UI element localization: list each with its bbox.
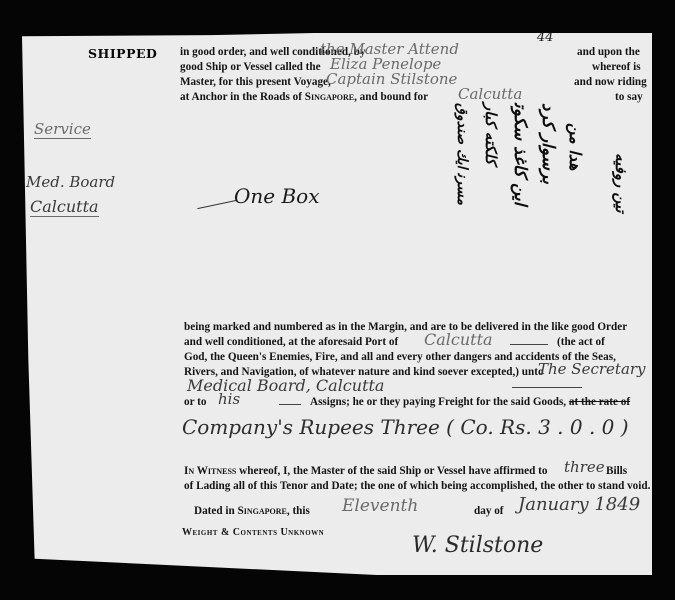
vertical-script-1: ﻣﺴﺮﻧ ﺍﻳﻚ ﺻﻨﺪﻭﻕ [454,103,470,303]
vertical-script-4: ﺑﺮﺳﻮﺍﺭ ﻛﺮﺩ [538,103,558,303]
witness-line-2: of Lading all of this Tenor and Date; th… [184,479,650,495]
line-1-end: and upon the [577,45,640,61]
line-4-text: at Anchor in the Roads of Singapore, and… [180,90,428,106]
line-2-text: good Ship or Vessel called the [180,60,321,76]
consignee-line-2: Medical Board, Calcutta [187,376,384,395]
freight-handwritten: Company's Rupees Three ( Co. Rs. 3 . 0 .… [182,415,629,439]
body-line-2-end: (the act of [557,335,605,351]
struck-rate-text: at the rate of [569,396,630,408]
month-year-handwritten: January 1849 [518,494,640,515]
line-2-end: whereof is [592,60,641,76]
margin-board: Med. Board [26,173,115,191]
goods-flourish [197,200,236,209]
destination-handwritten: Calcutta [458,85,522,103]
master-name-handwritten: Captain Stilstone [326,70,457,88]
port-singapore: Singapore [305,91,354,103]
consignee-line-1: The Secretary [538,360,646,378]
vertical-script-2: ﻛﻠﻜﺘﻪ ﻛﺒﺎﺭ [482,103,500,303]
shipped-heading: SHIPPED [88,46,157,61]
vertical-script-3: ﺍﻳﻦ ﻛﺎﻏﺬ ﺳﻜﻮﺗ [510,103,530,303]
dated-line: Dated in Singapore, this [194,504,310,520]
line-3-end: and now riding [574,75,647,91]
port-handwritten: Calcutta [424,330,493,349]
assigns-text: Assigns; he or they paying Freight for t… [310,395,630,411]
consignee-rule [512,387,582,388]
bills-count-handwritten: three [564,458,605,476]
witness-line-1-end: Bills [606,464,627,480]
body-line-1: being marked and numbered as in the Marg… [184,320,627,336]
port-rule [510,344,548,345]
line-4-end: to say [615,90,643,106]
weight-contents-note: Weight & Contents Unknown [182,525,324,541]
line-3-text: Master, for this present Voyage, [180,75,331,91]
goods-description: One Box [234,184,320,208]
assigns-handwritten: his [218,390,240,408]
witness-line-1: In Witness whereof, I, the Master of the… [184,464,547,480]
folio-number: 44 [537,30,554,45]
margin-service: Service [34,120,91,139]
margin-city: Calcutta [30,197,99,217]
day-of-label: day of [474,504,504,520]
bill-of-lading-sheet: 44 SHIPPED in good order, and well condi… [22,33,652,575]
assigns-rule [279,404,301,405]
body-line-2: and well conditioned, at the aforesaid P… [184,335,398,351]
assigns-prefix: or to [184,395,206,411]
master-signature: W. Stilstone [412,533,543,558]
vertical-script-5: ﻫﺪﺍ ﻣﻦ [566,123,585,293]
day-handwritten: Eleventh [342,496,418,516]
vertical-script-6: ﺗﻴﻦ ﺭﻭﻓﻴﻪ [612,153,630,283]
